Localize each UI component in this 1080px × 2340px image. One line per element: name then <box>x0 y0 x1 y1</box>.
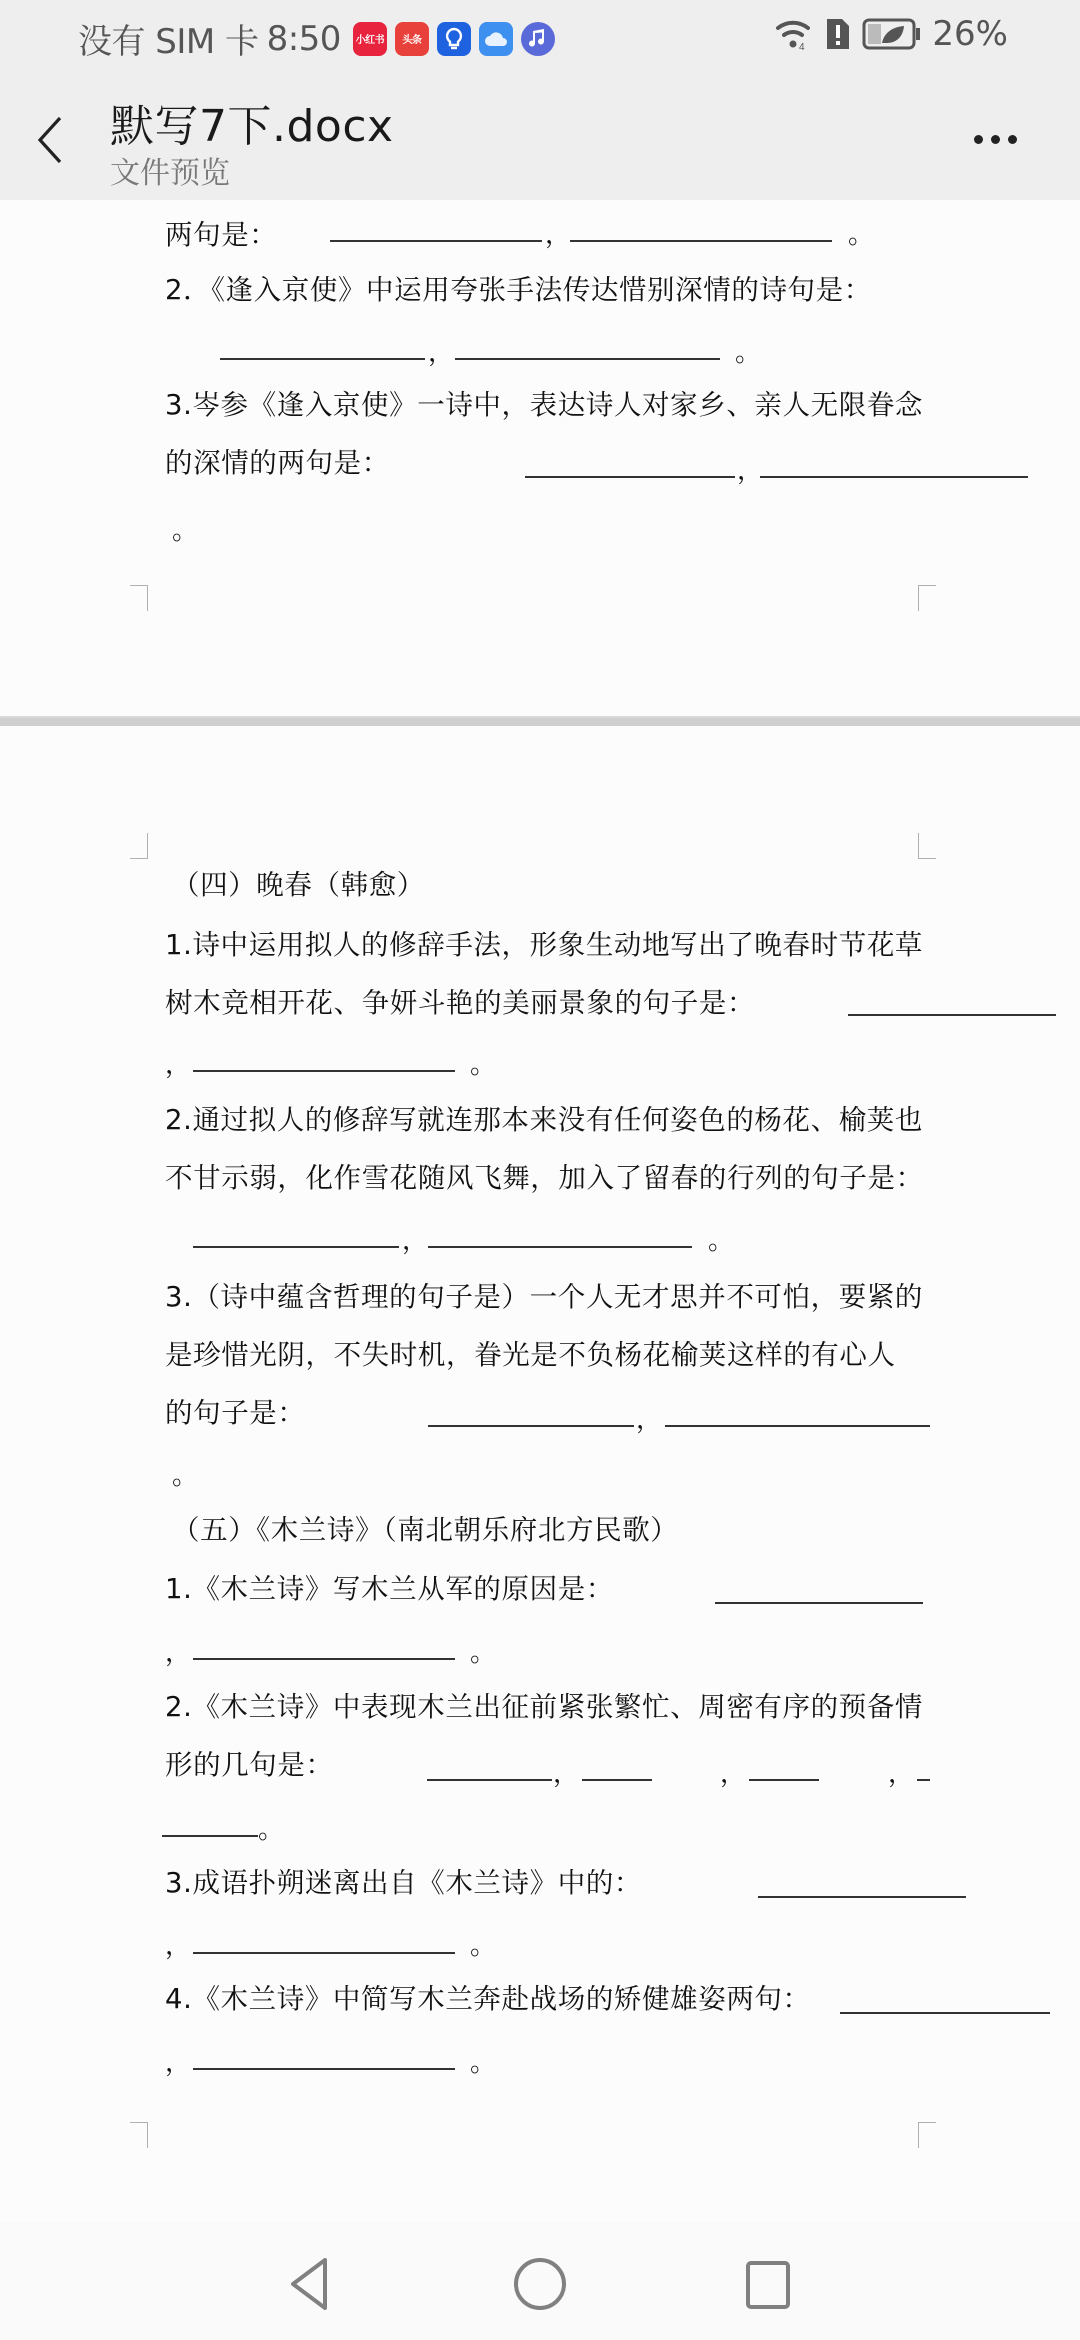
doc-line: 两句是： <box>165 218 277 252</box>
triangle-back-icon <box>287 2257 331 2311</box>
answer-blank <box>840 2012 1050 2014</box>
sim-alert-icon <box>824 16 852 52</box>
comma: ， <box>165 2050 191 2076</box>
answer-blank <box>758 1896 966 1898</box>
comma: ， <box>636 1407 662 1433</box>
page-corner-mark <box>918 585 936 611</box>
answer-blank <box>749 1779 819 1781</box>
comma: ， <box>545 222 571 248</box>
answer-blank <box>428 1246 692 1248</box>
period: 。 <box>470 2050 496 2076</box>
answer-blank <box>220 358 425 360</box>
more-dots-icon <box>974 135 983 144</box>
question-text: 形的几句是： <box>165 1748 334 1782</box>
section-heading: （五）《木兰诗》（南北朝乐府北方民歌） <box>172 1513 678 1547</box>
svg-text:4: 4 <box>799 42 805 52</box>
period: 。 <box>470 1933 496 1959</box>
more-options-button[interactable] <box>974 124 1024 154</box>
circle-home-icon <box>512 2256 568 2312</box>
question-text: 1.《木兰诗》写木兰从军的原因是： <box>165 1572 614 1606</box>
question-text: 树木竞相开花、争妍斗艳的美丽景象的句子是： <box>165 986 755 1020</box>
answer-blank <box>193 1658 455 1660</box>
answer-blank <box>428 1425 634 1427</box>
question-text: 的深情的两句是： <box>165 446 390 480</box>
comma: ， <box>402 1228 428 1254</box>
chevron-left-icon <box>34 110 64 170</box>
answer-blank <box>427 1779 552 1781</box>
status-bar: 没有 SIM 卡 8:50 小红书 头条 4 <box>0 0 1080 72</box>
period: 。 <box>848 222 874 248</box>
question-text: 2.《木兰诗》中表现木兰出征前紧张繁忙、周密有序的预备情 <box>165 1690 923 1724</box>
battery-icon <box>862 17 922 51</box>
status-right: 4 26% <box>774 14 1008 54</box>
page-corner-mark <box>130 833 148 859</box>
comma: ， <box>428 340 454 366</box>
answer-blank <box>582 1779 652 1781</box>
comma: ， <box>720 1761 746 1787</box>
question-text: 1.诗中运用拟人的修辞手法，形象生动地写出了晚春时节花草 <box>165 928 923 962</box>
period: 。 <box>735 340 761 366</box>
period: 。 <box>708 1228 734 1254</box>
answer-blank <box>665 1425 930 1427</box>
comma: ， <box>165 1933 191 1959</box>
question-text: 是珍惜光阴，不失时机，眷光是不负杨花榆荚这样的有心人 <box>165 1338 896 1372</box>
answer-blank <box>193 1070 455 1072</box>
square-recents-icon <box>743 2259 793 2309</box>
question-text: 2．《逢入京使》中运用夸张手法传达惜别深情的诗句是： <box>165 273 872 307</box>
music-app-icon <box>521 22 555 56</box>
comma: ， <box>165 1640 191 1666</box>
answer-blank <box>193 1246 399 1248</box>
cloud-app-icon <box>479 22 513 56</box>
page-corner-mark <box>130 585 148 611</box>
toutiao-icon: 头条 <box>395 22 429 56</box>
comma: ， <box>553 1761 579 1787</box>
page-separator <box>0 716 1080 726</box>
answer-blank <box>193 1952 455 1954</box>
answer-blank <box>330 240 542 242</box>
question-text: 3.成语扑朔迷离出自《木兰诗》中的： <box>165 1866 642 1900</box>
carrier-text: 没有 SIM 卡 <box>78 14 259 63</box>
status-left: 没有 SIM 卡 8:50 小红书 头条 <box>78 14 555 63</box>
answer-blank <box>917 1779 930 1781</box>
period: 。 <box>258 1817 284 1843</box>
page-corner-mark <box>130 2122 148 2148</box>
page-corner-mark <box>918 2122 936 2148</box>
period: 。 <box>470 1052 496 1078</box>
page-corner-mark <box>918 833 936 859</box>
clock: 8:50 <box>267 19 341 59</box>
comma: ， <box>737 458 763 484</box>
nav-home-button[interactable] <box>510 2254 570 2314</box>
question-text: 3.岑参《逢入京使》一诗中，表达诗人对家乡、亲人无限眷念 <box>165 388 923 422</box>
answer-blank <box>715 1602 923 1604</box>
nav-recents-button[interactable] <box>738 2254 798 2314</box>
question-text: 2.通过拟人的修辞写就连那本来没有任何姿色的杨花、榆荚也 <box>165 1103 923 1137</box>
answer-blank <box>848 1014 1056 1016</box>
xiaohongshu-icon: 小红书 <box>353 22 387 56</box>
answer-blank <box>570 240 832 242</box>
app-bar: 默写7下.docx 文件预览 <box>0 72 1080 200</box>
file-subtitle: 文件预览 <box>110 148 230 192</box>
question-text: 的句子是： <box>165 1396 306 1430</box>
answer-blank <box>455 358 720 360</box>
answer-blank <box>525 476 735 478</box>
question-text: 3.（诗中蕴含哲理的句子是）一个人无才思并不可怕，要紧的 <box>165 1280 923 1314</box>
comma: ， <box>165 1052 191 1078</box>
back-button[interactable] <box>34 110 74 170</box>
document-viewer[interactable]: 两句是： ， 。 2．《逢入京使》中运用夸张手法传达惜别深情的诗句是： ， 。 … <box>0 200 1080 2222</box>
wifi-icon: 4 <box>774 16 814 52</box>
nav-back-button[interactable] <box>279 2254 339 2314</box>
notification-icons: 小红书 头条 <box>353 22 555 56</box>
period: 。 <box>172 1463 198 1489</box>
question-text: 4.《木兰诗》中简写木兰奔赴战场的矫健雄姿两句： <box>165 1982 811 2016</box>
answer-blank <box>760 476 1028 478</box>
section-heading: （四）晚春（韩愈） <box>172 868 425 902</box>
period: 。 <box>470 1640 496 1666</box>
battery-percent: 26% <box>932 14 1008 54</box>
answer-blank <box>193 2068 455 2070</box>
period: 。 <box>172 518 198 544</box>
lightbulb-app-icon <box>437 22 471 56</box>
file-title: 默写7下.docx <box>110 90 394 154</box>
answer-blank <box>162 1835 258 1837</box>
navigation-bar <box>0 2222 1080 2340</box>
comma: ， <box>888 1761 914 1787</box>
question-text: 不甘示弱，化作雪花随风飞舞，加入了留春的行列的句子是： <box>165 1161 924 1195</box>
